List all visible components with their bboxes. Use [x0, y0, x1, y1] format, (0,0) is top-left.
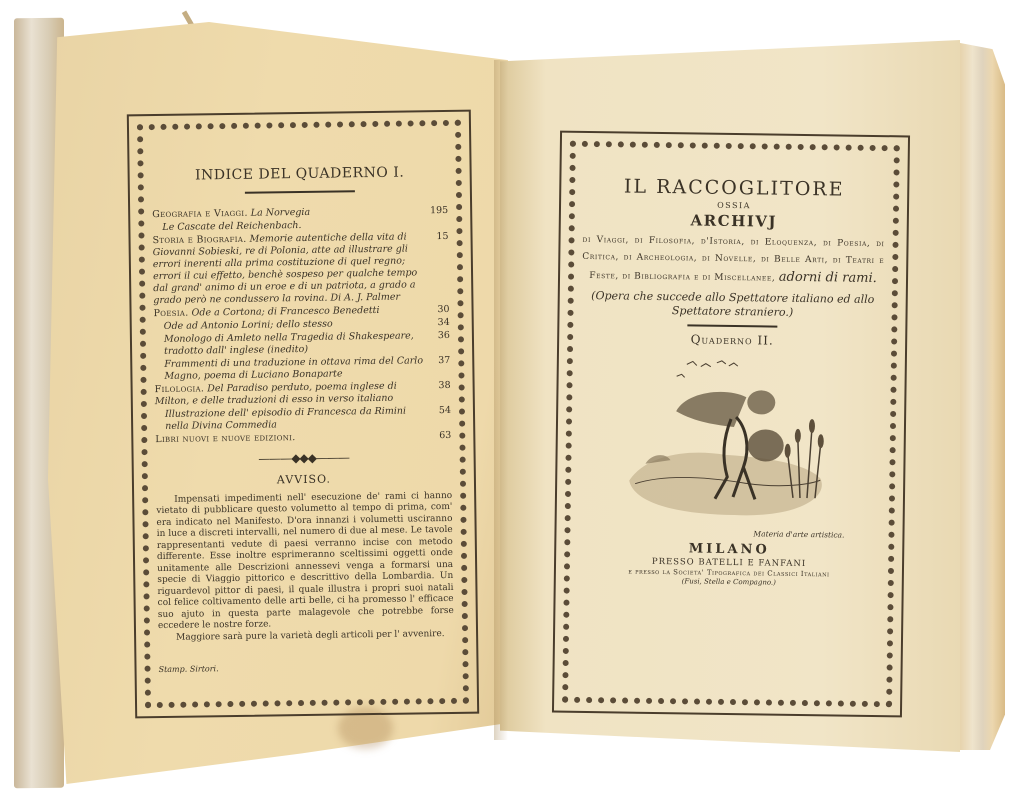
toc-page-number: 30 — [427, 303, 449, 315]
toc-section: Poesia. — [153, 307, 188, 318]
avviso-paragraph: Impensati impedimenti nell' esecuzione d… — [156, 490, 454, 632]
quaderno-rule — [687, 324, 777, 327]
toc-page-number: 37 — [428, 354, 450, 378]
table-of-contents: Geografia e Viaggi. La Norvegia195 Le Ca… — [152, 204, 451, 445]
toc-section: Libri nuovi e nuove edizioni. — [155, 432, 295, 445]
toc-page-number: 63 — [429, 429, 451, 441]
toc-page-number: 38 — [429, 379, 451, 403]
subject-italic: adorni di rami. — [779, 270, 877, 286]
toc-entry: Monologo di Amleto nella Tragedia di Sha… — [154, 329, 450, 357]
toc-section: Storia e Biografia. — [152, 233, 246, 245]
toc-page-number: 34 — [428, 316, 450, 328]
toc-page-number: 54 — [429, 404, 451, 428]
book-fore-edge — [955, 42, 1005, 750]
title-archivi: ARCHIVJ — [579, 210, 889, 232]
toc-entry-text: Monologo di Amleto nella Tragedia di Sha… — [164, 330, 428, 358]
toc-title: La Norvegia — [251, 206, 310, 218]
title-page-content: IL RACCOGLITORE OSSIA ARCHIVJ di Viaggi,… — [572, 155, 889, 693]
toc-entry-text: Frammenti di una traduzione in ottava ri… — [164, 355, 428, 383]
toc-entry-text: Illustrazione dell' episodio di Francesc… — [165, 405, 429, 433]
toc-entry: Filologia. Del Paradiso perduto, poema i… — [155, 379, 451, 407]
toc-entry: Frammenti di una traduzione in ottava ri… — [154, 354, 450, 382]
index-title: INDICE DEL QUADERNO I. — [152, 166, 448, 183]
subject-description: di Viaggi, di Filosofia, d'Istoria, di E… — [578, 232, 889, 289]
left-page-content: INDICE DEL QUADERNO I. Geografia e Viagg… — [151, 134, 455, 694]
ornament-divider: ———◆◆◆——— — [156, 449, 452, 466]
toc-section: Filologia. — [155, 383, 205, 395]
toc-entry: Storia e Biografia. Memorie autentiche d… — [152, 230, 449, 306]
toc-entry-text: Filologia. Del Paradiso perduto, poema i… — [155, 380, 429, 408]
harvester-engraving-icon — [615, 355, 847, 528]
toc-page-number: 15 — [426, 230, 449, 302]
opera-note: (Opera che succede allo Spettatore itali… — [577, 289, 887, 321]
avviso-heading: AVVISO. — [156, 472, 452, 489]
printer-imprint: Stamp. Sirtori. — [158, 660, 454, 677]
right-page-frame: IL RACCOGLITORE OSSIA ARCHIVJ di Viaggi,… — [552, 131, 910, 718]
toc-page-number — [426, 217, 448, 229]
book-title: IL RACCOGLITORE — [579, 175, 889, 201]
toc-title: Frammenti di una traduzione in ottava ri… — [164, 355, 423, 382]
toc-section: Geografia e Viaggi. — [152, 207, 248, 219]
toc-title: Ode a Cortona; di Francesco Benedetti — [192, 304, 380, 318]
toc-page-number: 195 — [426, 204, 448, 216]
toc-title: Ode ad Antonio Lorini; dello stesso — [164, 318, 333, 331]
toc-entry: Illustrazione dell' episodio di Francesc… — [155, 404, 451, 432]
vignette-caption: Materia d'arte artistica. — [574, 527, 884, 540]
toc-entry-text: Storia e Biografia. Memorie autentiche d… — [152, 231, 427, 307]
engraved-vignette — [615, 355, 847, 528]
book-gutter-shadow — [494, 60, 508, 740]
toc-title: Monologo di Amleto nella Tragedia di Sha… — [164, 330, 414, 356]
left-page-frame: INDICE DEL QUADERNO I. Geografia e Viagg… — [127, 110, 479, 719]
quaderno-number: Quaderno II. — [577, 331, 887, 349]
toc-entry-text: Libri nuovi e nuove edizioni. — [155, 430, 429, 446]
title-rule — [245, 190, 355, 194]
toc-title: Illustrazione dell' episodio di Francesc… — [165, 405, 406, 431]
toc-title: Le Cascate del Reichenbach. — [162, 220, 301, 233]
toc-page-number: 36 — [428, 329, 450, 353]
